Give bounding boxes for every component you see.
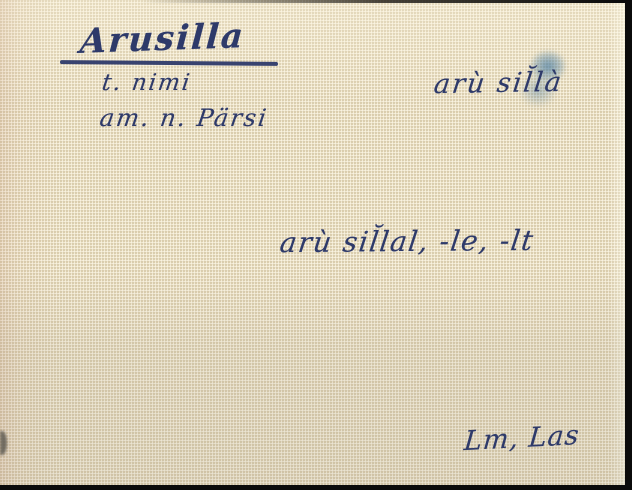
left-edge-mark	[0, 431, 7, 455]
note-official-name: am. n. Pärsi	[98, 105, 270, 131]
case-forms: arù sil̆lal, -le, -lt	[278, 226, 536, 259]
scanned-index-card: Arusilla t. nimi am. n. Pärsi arù sil̆là…	[0, 0, 632, 490]
scan-edge-top	[140, 0, 625, 3]
title-underline	[60, 60, 278, 66]
note-type: t. nimi	[100, 71, 193, 96]
index-card-paper: Arusilla t. nimi am. n. Pärsi arù sil̆là…	[0, 0, 625, 485]
source-abbreviation: Lm, Las	[463, 421, 581, 457]
phonetic-form: arù sil̆là	[432, 68, 564, 100]
card-title: Arusilla	[79, 18, 246, 61]
